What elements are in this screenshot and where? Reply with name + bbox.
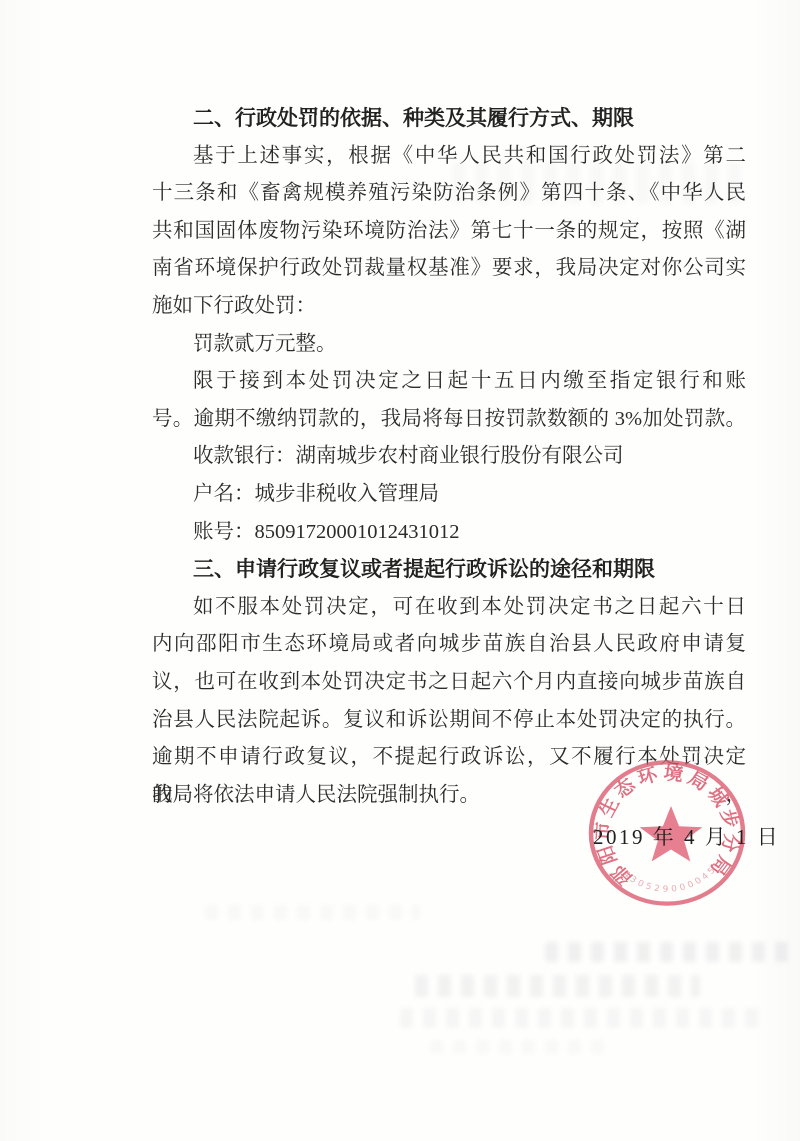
- document-body: 二、行政处罚的依据、种类及其履行方式、期限 基于上述事实，根据《中华人民共和国行…: [152, 100, 746, 814]
- date-line: 2019 年 4 月 1 日: [593, 821, 780, 851]
- account-name-line: 户名：城步非税收入管理局: [152, 476, 746, 514]
- account-number-line: 账号：85091720001012431012: [152, 514, 746, 552]
- body-line: 治县人民法院起诉。复议和诉讼期间不停止本处罚决定的执行。: [152, 702, 746, 740]
- body-line: 施如下行政处罚：: [152, 288, 746, 326]
- section-heading-appeal: 三、申请行政复议或者提起行政诉讼的途径和期限: [152, 551, 746, 589]
- section-heading-penalty: 二、行政处罚的依据、种类及其履行方式、期限: [152, 100, 746, 138]
- bleedthrough-smudge: [415, 975, 700, 997]
- body-line: 议，也可在收到本处罚决定书之日起六个月内直接向城步苗族自: [152, 664, 746, 702]
- body-line: 共和国固体废物污染环境防治法》第七十一条的规定，按照《湖: [152, 213, 746, 251]
- body-line: 如不服本处罚决定，可在收到本处罚决定书之日起六十日: [152, 589, 746, 627]
- scanned-document-page: 二、行政处罚的依据、种类及其履行方式、期限 基于上述事实，根据《中华人民共和国行…: [0, 0, 800, 1141]
- bank-name-line: 收款银行：湖南城步农村商业银行股份有限公司: [152, 438, 746, 476]
- fine-amount-line: 罚款贰万元整。: [152, 326, 746, 364]
- payment-deadline-line: 限于接到本处罚决定之日起十五日内缴至指定银行和账: [152, 363, 746, 401]
- body-line: 南省环境保护行政处罚裁量权基准》要求，我局决定对你公司实: [152, 250, 746, 288]
- bleedthrough-smudge: [205, 905, 420, 920]
- bleedthrough-smudge: [400, 1008, 760, 1028]
- payment-deadline-line: 号。逾期不缴纳罚款的，我局将每日按罚款数额的 3%加处罚款。: [152, 401, 746, 439]
- body-line: 基于上述事实，根据《中华人民共和国行政处罚法》第二: [152, 138, 746, 176]
- body-line: 内向邵阳市生态环境局或者向城步苗族自治县人民政府申请复: [152, 626, 746, 664]
- bleedthrough-smudge: [545, 942, 790, 962]
- body-line: 十三条和《畜禽规模养殖污染防治条例》第四十条、《中华人民: [152, 175, 746, 213]
- bleedthrough-smudge: [430, 1040, 610, 1054]
